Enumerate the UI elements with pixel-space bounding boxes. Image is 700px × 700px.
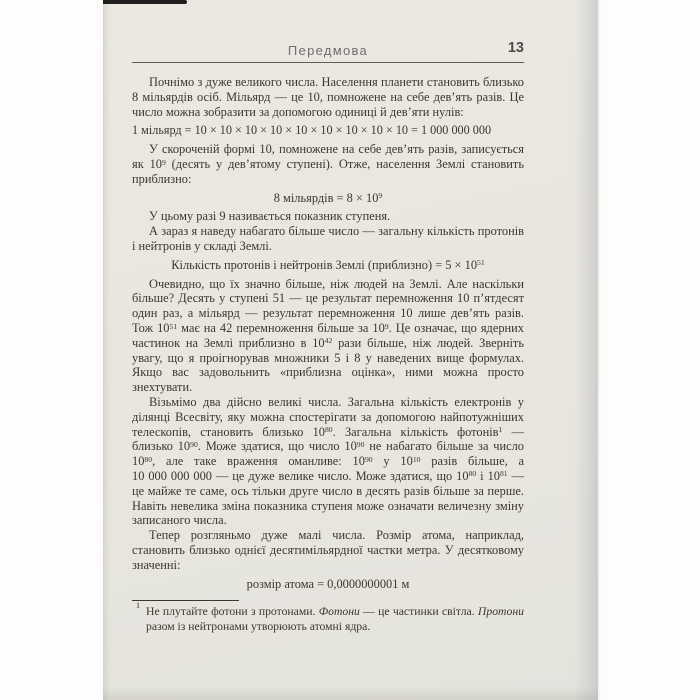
binding-edge-bar — [103, 0, 187, 4]
footnote: 1 Не плутайте фотони з протонами. Фотони… — [132, 600, 524, 633]
paragraph: Візьмімо два дійсно великі числа. Загаль… — [132, 395, 524, 528]
paragraph: Почнімо з дуже великого числа. Населення… — [132, 75, 524, 119]
superscript: 80 — [469, 469, 477, 478]
text-blocks: Почнімо з дуже великого числа. Населення… — [132, 75, 524, 591]
page-number: 13 — [508, 40, 524, 56]
superscript: 42 — [325, 336, 333, 345]
italic-term: Протони — [478, 605, 524, 618]
italic-term: Фотони — [319, 605, 360, 618]
text-run: у 10 — [373, 454, 413, 468]
text-run: , але таке враження оманливе: 10 — [152, 454, 365, 468]
superscript: 51 — [477, 258, 485, 267]
formula-line: 1 мільярд = 10 × 10 × 10 × 10 × 10 × 10 … — [132, 123, 524, 138]
running-header-title: Передмова — [288, 43, 368, 58]
paragraph: У скороченій формі 10, помножене на себе… — [132, 142, 524, 186]
paragraph: У цьому разі 9 називається показник ступ… — [132, 209, 524, 224]
text-run: 8 мільярдів = 8 × 10 — [274, 191, 379, 205]
book-page: Передмова 13 Почнімо з дуже великого чис… — [103, 0, 598, 700]
text-run: Почнімо з дуже великого числа. Населення… — [132, 75, 524, 119]
formula-line: розмір атома = 0,0000000001 м — [132, 577, 524, 592]
superscript: 80 — [144, 455, 152, 464]
text-run: Тепер розгляньмо дуже малі числа. Розмір… — [132, 528, 524, 572]
text-run: Не плутайте фотони з протонами. — [146, 605, 319, 618]
superscript: 90 — [357, 440, 365, 449]
footnote-separator — [132, 600, 239, 601]
superscript: 90 — [365, 455, 373, 464]
text-run: А зараз я наведу набагато більше число —… — [132, 224, 524, 253]
text-run: 1 мільярд = 10 × 10 × 10 × 10 × 10 × 10 … — [132, 123, 491, 137]
header-rule — [132, 62, 524, 63]
superscript: 81 — [500, 469, 508, 478]
running-header: Передмова 13 — [132, 42, 524, 60]
footnote-row: 1 Не плутайте фотони з протонами. Фотони… — [132, 605, 524, 633]
page-content: Передмова 13 Почнімо з дуже великого чис… — [132, 42, 524, 634]
text-run: . Може здатися, що число 10 — [198, 439, 357, 453]
text-run: і 10 — [476, 469, 500, 483]
text-run: (десять у дев’ятому ступені). Отже, насе… — [132, 157, 524, 186]
superscript: 9 — [162, 158, 166, 167]
formula-line: 8 мільярдів = 8 × 109 — [132, 191, 524, 206]
text-run: разом із нейтронами утворюють атомні ядр… — [146, 620, 370, 633]
paragraph: Тепер розгляньмо дуже малі числа. Розмір… — [132, 528, 524, 572]
text-run: Кількість протонів і нейтронів Землі (пр… — [171, 258, 477, 272]
formula-line: Кількість протонів і нейтронів Землі (пр… — [132, 258, 524, 273]
text-run: має на 42 перемноження більше за 10 — [177, 321, 385, 335]
scan-background: Передмова 13 Почнімо з дуже великого чис… — [0, 0, 700, 700]
superscript: 10 — [413, 455, 421, 464]
superscript: 90 — [190, 440, 198, 449]
paragraph: Очевидно, що їх значно більше, ніж людей… — [132, 277, 524, 395]
text-run: розмір атома = 0,0000000001 м — [247, 577, 410, 591]
text-run: У цьому разі 9 називається показник ступ… — [149, 209, 390, 223]
superscript: 80 — [325, 425, 333, 434]
superscript: 1 — [499, 425, 503, 434]
superscript: 9 — [378, 191, 382, 200]
superscript: 9 — [385, 322, 389, 331]
footnote-text: Не плутайте фотони з протонами. Фотони —… — [140, 605, 524, 633]
paragraph: А зараз я наведу набагато більше число —… — [132, 224, 524, 254]
superscript: 51 — [170, 322, 178, 331]
text-run: — це частинки світла. — [360, 605, 478, 618]
text-run: . Загальна кількість фотонів — [333, 425, 499, 439]
